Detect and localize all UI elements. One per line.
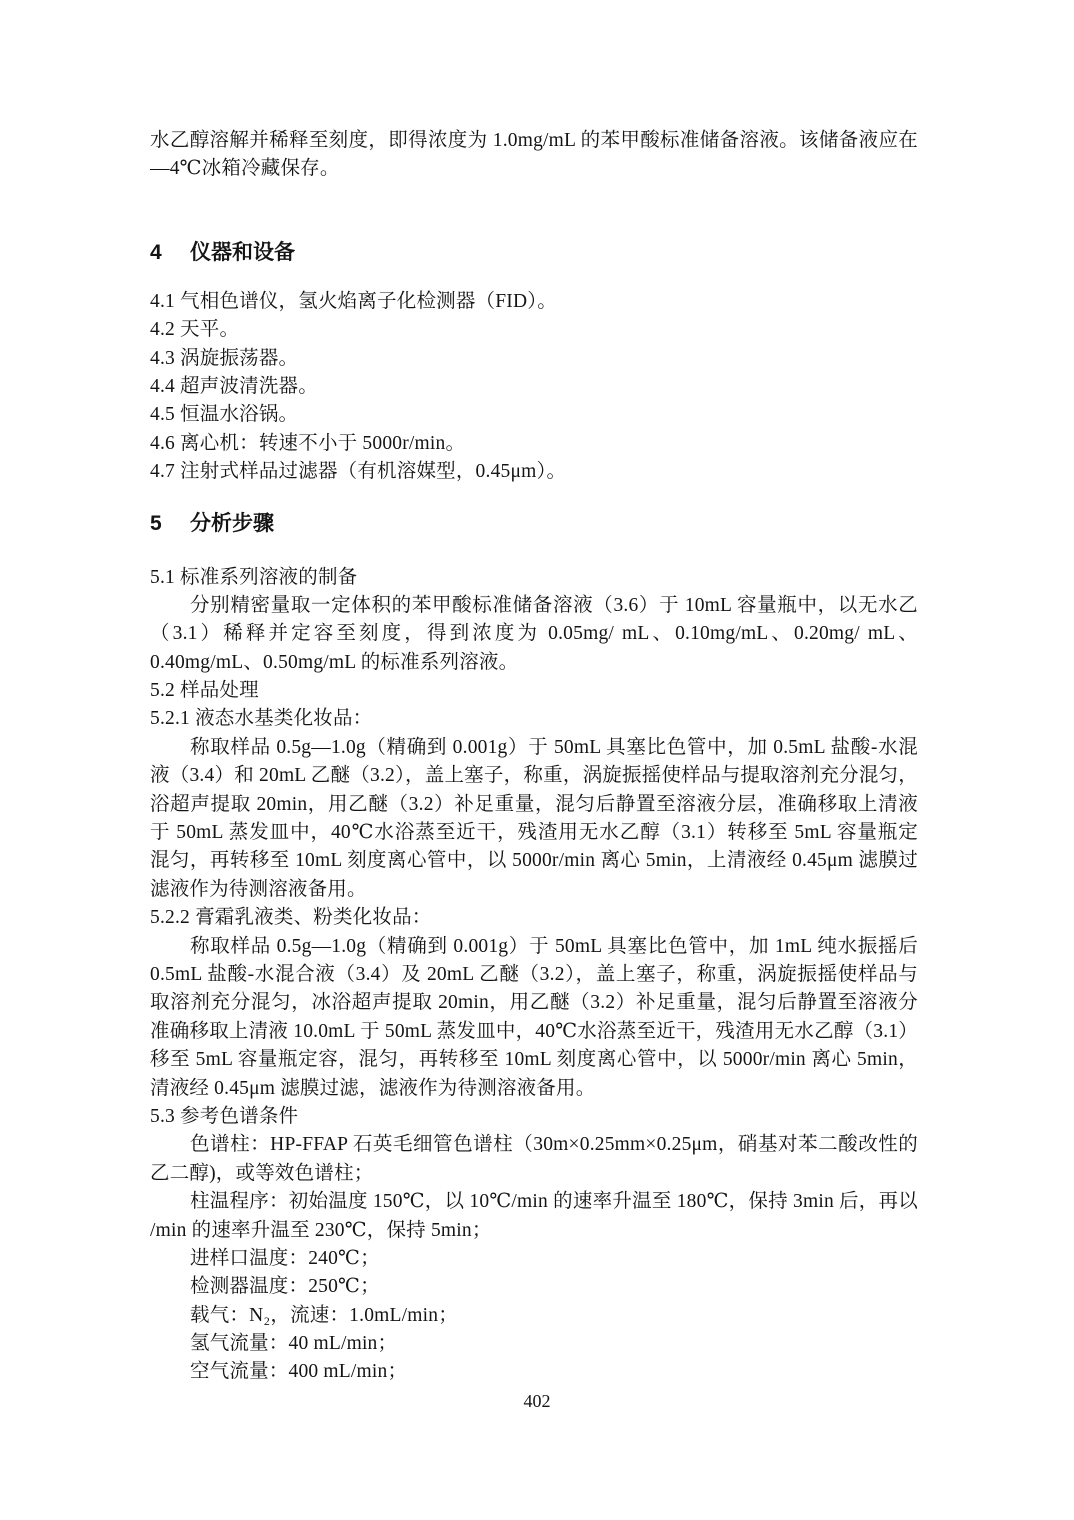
text-line: 称取样品 0.5g—1.0g（精确到 0.001g）于 50mL 具塞比色管中，… bbox=[150, 933, 918, 961]
text-line: 滤液作为待测溶液备用。 bbox=[150, 876, 918, 904]
text-line: 0.40mg/mL、0.50mg/mL 的标准系列溶液。 bbox=[150, 649, 918, 677]
text-line: 氢气流量：40 mL/min； bbox=[150, 1330, 918, 1358]
section-5-heading: 5分析步骤 bbox=[150, 510, 918, 538]
equipment-item: 4.7 注射式样品过滤器（有机溶媒型，0.45μm）。 bbox=[150, 458, 918, 486]
text-line: （3.1）稀释并定容至刻度，得到浓度为 0.05mg/ mL、0.10mg/mL… bbox=[150, 620, 918, 648]
section-title: 仪器和设备 bbox=[190, 241, 295, 264]
text-line: 0.5mL 盐酸-水混合液（3.4）及 20mL 乙醚（3.2），盖上塞子，称重… bbox=[150, 961, 918, 989]
document-page: 水乙醇溶解并稀释至刻度，即得浓度为 1.0mg/mL 的苯甲酸标准储备溶液。该储… bbox=[0, 0, 1074, 1520]
equipment-item: 4.6 离心机：转速不小于 5000r/min。 bbox=[150, 430, 918, 458]
text-line: /min 的速率升温至 230℃，保持 5min； bbox=[150, 1217, 918, 1245]
section-number: 5 bbox=[150, 510, 190, 538]
equipment-item: 4.3 涡旋振荡器。 bbox=[150, 345, 918, 373]
text-line: —4℃冰箱冷藏保存。 bbox=[150, 155, 918, 183]
text-line: 水乙醇溶解并稀释至刻度，即得浓度为 1.0mg/mL 的苯甲酸标准储备溶液。该储… bbox=[150, 127, 918, 155]
section-5-body: 5.1 标准系列溶液的制备 分别精密量取一定体积的苯甲酸标准储备溶液（3.6）于… bbox=[150, 564, 918, 1387]
equipment-list: 4.1 气相色谱仪，氢火焰离子化检测器（FID）。 4.2 天平。 4.3 涡旋… bbox=[150, 288, 918, 487]
subsection-heading: 5.3 参考色谱条件 bbox=[150, 1103, 918, 1131]
text-line: 载气：N₂，流速：1.0mL/min； bbox=[150, 1302, 918, 1330]
subsection-heading: 5.2.1 液态水基类化妆品： bbox=[150, 705, 918, 733]
subsection-heading: 5.2.2 膏霜乳液类、粉类化妆品： bbox=[150, 904, 918, 932]
text-line: 柱温程序：初始温度 150℃，以 10℃/min 的速率升温至 180℃，保持 … bbox=[150, 1188, 918, 1216]
text-line: 色谱柱：HP-FFAP 石英毛细管色谱柱（30m×0.25mm×0.25μm，硝… bbox=[150, 1131, 918, 1159]
equipment-item: 4.5 恒温水浴锅。 bbox=[150, 401, 918, 429]
text-line: 分别精密量取一定体积的苯甲酸标准储备溶液（3.6）于 10mL 容量瓶中，以无水… bbox=[150, 592, 918, 620]
equipment-item: 4.1 气相色谱仪，氢火焰离子化检测器（FID）。 bbox=[150, 288, 918, 316]
text-line: 进样口温度：240℃； bbox=[150, 1245, 918, 1273]
subsection-heading: 5.2 样品处理 bbox=[150, 677, 918, 705]
page-content: 水乙醇溶解并稀释至刻度，即得浓度为 1.0mg/mL 的苯甲酸标准储备溶液。该储… bbox=[150, 127, 918, 1387]
text-line: 称取样品 0.5g—1.0g（精确到 0.001g）于 50mL 具塞比色管中，… bbox=[150, 734, 918, 762]
text-line: 混匀，再转移至 10mL 刻度离心管中，以 5000r/min 离心 5min，… bbox=[150, 847, 918, 875]
text-line: 空气流量：400 mL/min； bbox=[150, 1358, 918, 1386]
text-line: 移至 5mL 容量瓶定容，混匀，再转移至 10mL 刻度离心管中，以 5000r… bbox=[150, 1046, 918, 1074]
equipment-item: 4.2 天平。 bbox=[150, 316, 918, 344]
page-number: 402 bbox=[0, 1389, 1074, 1413]
text-line: 浴超声提取 20min，用乙醚（3.2）补足重量，混匀后静置至溶液分层，准确移取… bbox=[150, 791, 918, 819]
equipment-item: 4.4 超声波清洗器。 bbox=[150, 373, 918, 401]
text-line: 检测器温度：250℃； bbox=[150, 1273, 918, 1301]
section-title: 分析步骤 bbox=[190, 512, 274, 535]
text-line: 取溶剂充分混匀，冰浴超声提取 20min，用乙醚（3.2）补足重量，混匀后静置至… bbox=[150, 989, 918, 1017]
text-line: 液（3.4）和 20mL 乙醚（3.2），盖上塞子，称重，涡旋振摇使样品与提取溶… bbox=[150, 762, 918, 790]
section-number: 4 bbox=[150, 239, 190, 267]
text-line: 清液经 0.45μm 滤膜过滤，滤液作为待测溶液备用。 bbox=[150, 1075, 918, 1103]
text-line: 于 50mL 蒸发皿中，40℃水浴蒸至近干，残渣用无水乙醇（3.1）转移至 5m… bbox=[150, 819, 918, 847]
text-line: 乙二醇)，或等效色谱柱； bbox=[150, 1160, 918, 1188]
intro-paragraph: 水乙醇溶解并稀释至刻度，即得浓度为 1.0mg/mL 的苯甲酸标准储备溶液。该储… bbox=[150, 127, 918, 184]
text-line: 准确移取上清液 10.0mL 于 50mL 蒸发皿中，40℃水浴蒸至近干，残渣用… bbox=[150, 1018, 918, 1046]
subsection-heading: 5.1 标准系列溶液的制备 bbox=[150, 564, 918, 592]
section-4-heading: 4仪器和设备 bbox=[150, 239, 918, 267]
